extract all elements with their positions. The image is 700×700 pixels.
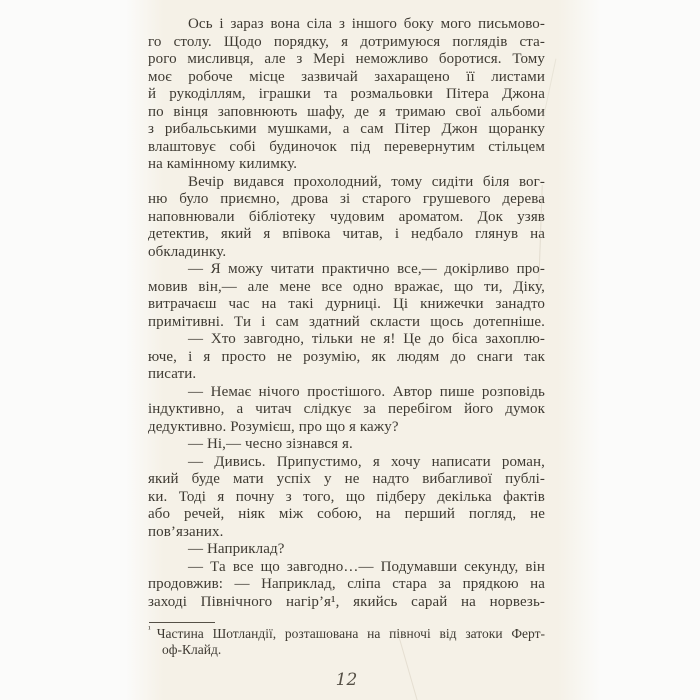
text-line: ки. Тоді я почну з того, що підберу декі…: [148, 489, 545, 507]
text-line: — Хто завгодно, тільки не я! Це до біса …: [148, 331, 545, 349]
text-line: примітивні. Ти і сам здатний скласти щос…: [148, 314, 545, 332]
text-line: — Ні,— чесно зізнався я.: [148, 436, 545, 454]
text-line: Вечір видався прохолодний, тому сидіти б…: [148, 174, 545, 192]
text-line: Ось і зараз вона сіла з іншого боку мого…: [148, 16, 545, 34]
text-line: на камінному килимку.: [148, 156, 545, 174]
text-line: писати.: [148, 366, 545, 384]
text-line: рого мисливця, але з Мері неможливо боро…: [148, 51, 545, 69]
text-line: заході Північного нагір’я¹, якийсь сарай…: [148, 594, 545, 612]
text-line: моє робоче місце зазвичай захаращено її …: [148, 69, 545, 87]
text-line: індуктивно, а читач слідкує за перебігом…: [148, 401, 545, 419]
footnote-separator: [149, 622, 215, 623]
text-line: пов’язаних.: [148, 524, 545, 542]
text-line: мовив він,— але мене все одно вражає, що…: [148, 279, 545, 297]
text-line: обкладинку.: [148, 244, 545, 262]
text-line: ню було приємно, дрова зі старого грушев…: [148, 191, 545, 209]
text-line: наповнювали бібліотеку чудовим ароматом.…: [148, 209, 545, 227]
text-line: витрачаєш час на такі дурниці. Ці книжеч…: [148, 296, 545, 314]
text-line: або речей, ніяк між собою, на перший пог…: [148, 506, 545, 524]
text-line: по вінця заповнюють шафу, де я тримаю св…: [148, 104, 545, 122]
text-line: детектив, який я впівока читав, і недбал…: [148, 226, 545, 244]
footnote-line: оф-Клайд.: [148, 642, 545, 658]
text-line: й рукоділлям, іграшки та розмальовки Піт…: [148, 86, 545, 104]
text-line: — Я можу читати практично все,— докірлив…: [148, 261, 545, 279]
footnote: ¹Частина Шотландії, розташована на півно…: [148, 626, 545, 657]
body-text: Ось і зараз вона сіла з іншого боку мого…: [148, 16, 545, 611]
text-line: продовжив: — Наприклад, сліпа стара за п…: [148, 576, 545, 594]
footnote-text: Частина Шотландії, розташована на півноч…: [157, 626, 545, 641]
text-line: го столу. Щодо порядку, я дотримуюся пог…: [148, 34, 545, 52]
book-page: Ось і зараз вона сіла з іншого боку мого…: [0, 0, 700, 700]
footnote-marker: ¹: [148, 624, 157, 634]
page-number: 12: [148, 671, 545, 690]
text-line: — Та все що завгодно…— Подумавши секунду…: [148, 559, 545, 577]
text-line: влаштовує собі будиночок під перевернути…: [148, 139, 545, 157]
page-text-column: Ось і зараз вона сіла з іншого боку мого…: [148, 16, 545, 690]
text-line: з рибальськими мушками, а сам Пітер Джон…: [148, 121, 545, 139]
book-page-photo: { "document": { "kind": "book-page", "la…: [0, 0, 700, 700]
text-line: який буде мати успіх у не надто вибаглив…: [148, 471, 545, 489]
text-line: — Наприклад?: [148, 541, 545, 559]
footnote-line: ¹Частина Шотландії, розташована на півно…: [148, 626, 545, 642]
text-line: — Дивись. Припустимо, я хочу написати ро…: [148, 454, 545, 472]
text-line: — Немає нічого простішого. Автор пише ро…: [148, 384, 545, 402]
text-line: дедуктивно. Розумієш, про що я кажу?: [148, 419, 545, 437]
text-line: юче, і я просто не розумію, як людям до …: [148, 349, 545, 367]
